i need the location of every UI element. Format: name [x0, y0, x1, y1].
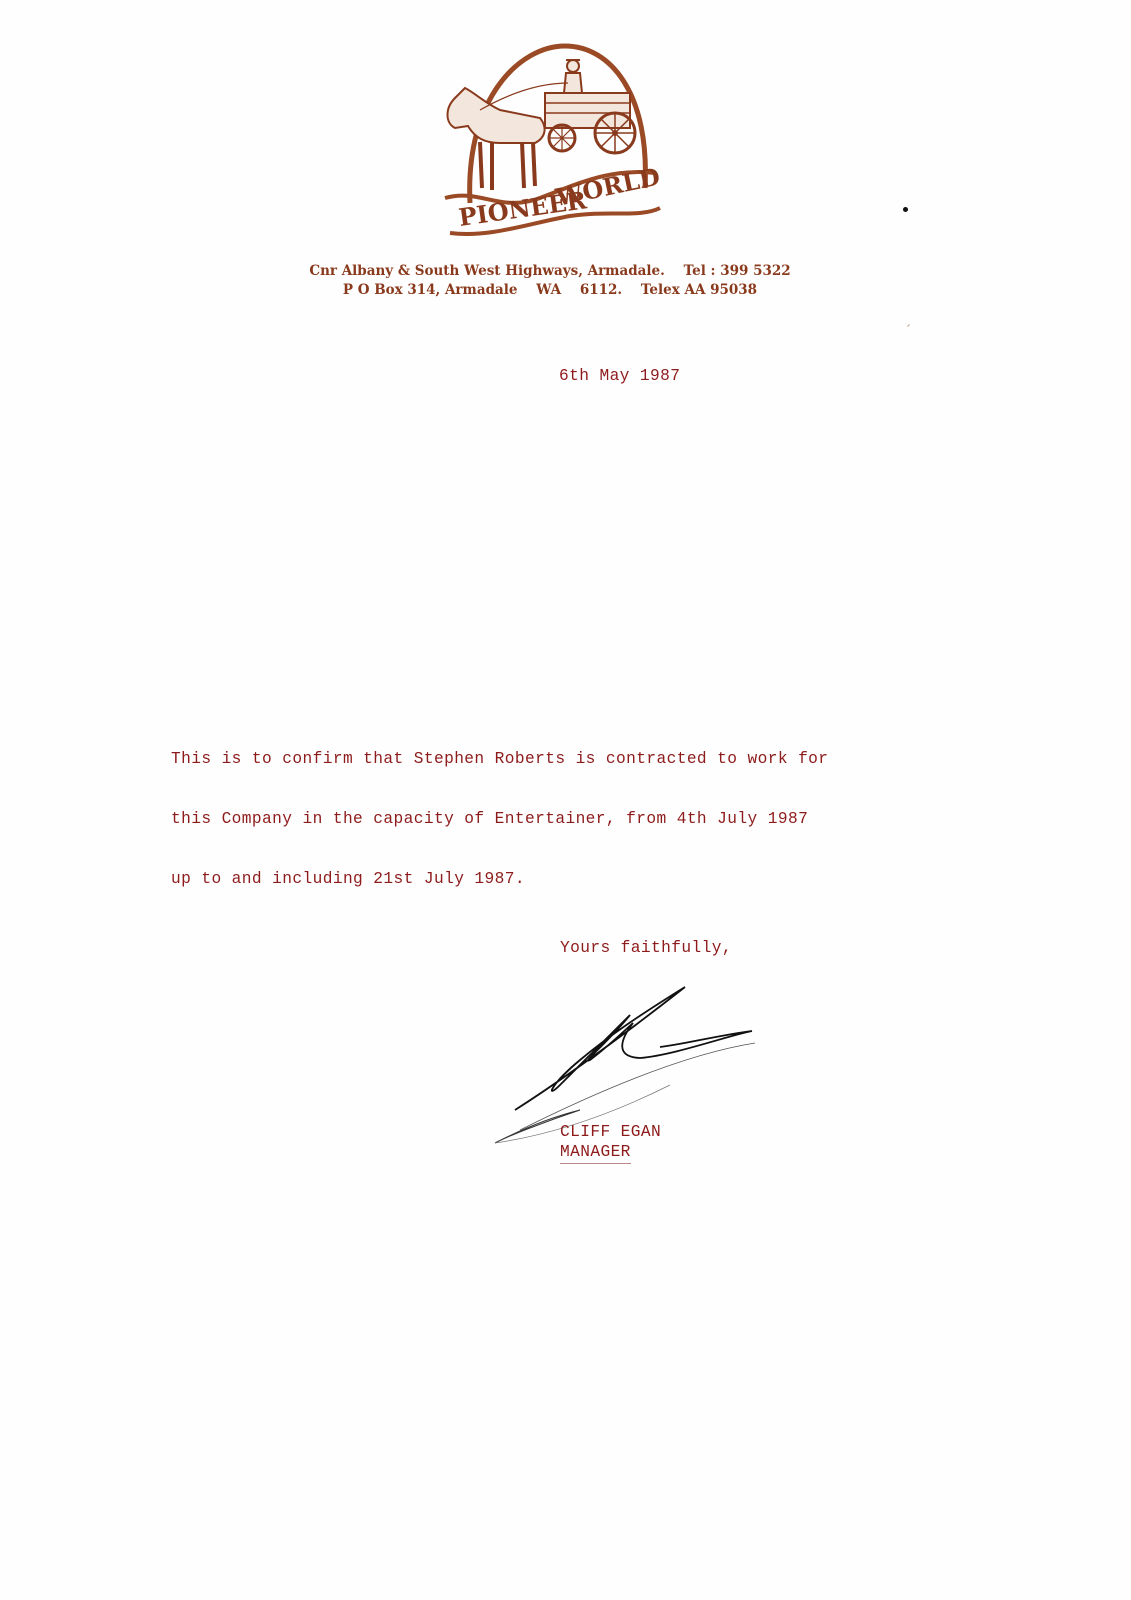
body-line: This is to confirm that Stephen Roberts … — [171, 749, 828, 769]
signatory-name: CLIFF EGAN — [560, 1122, 661, 1142]
letter-body: This is to confirm that Stephen Roberts … — [171, 709, 828, 929]
letter-page: PIONEER WORLD Cnr Albany & South West Hi… — [0, 0, 1131, 1600]
body-line: this Company in the capacity of Entertai… — [171, 809, 828, 829]
paper-speck — [907, 324, 910, 327]
address-line-1: Cnr Albany & South West Highways, Armada… — [300, 262, 800, 281]
svg-text:WORLD: WORLD — [552, 162, 662, 213]
ink-dot — [903, 207, 908, 212]
letterhead-address: Cnr Albany & South West Highways, Armada… — [300, 262, 800, 300]
letter-date: 6th May 1987 — [559, 366, 680, 386]
signatory-title: MANAGER — [560, 1142, 631, 1164]
address-line-2: P O Box 314, Armadale WA 6112. Telex AA … — [300, 281, 800, 300]
letter-closing: Yours faithfully, — [560, 938, 732, 958]
body-line: up to and including 21st July 1987. — [171, 869, 828, 889]
horse-and-cart-logo-icon: PIONEER WORLD — [440, 38, 665, 248]
